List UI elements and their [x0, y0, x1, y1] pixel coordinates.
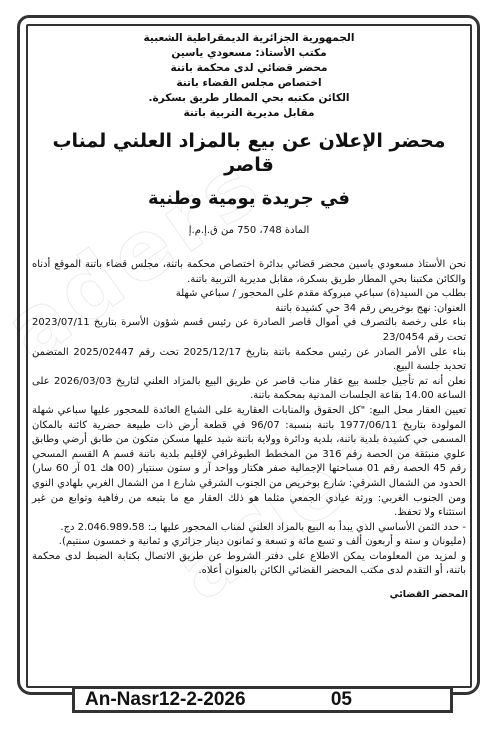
body-paragraph: تعيين العقار محل البيع: "كل الحقوق والمن… [32, 404, 466, 521]
body-paragraph: (مليونان و ستة و أربعون ألف و تسع مائة و… [32, 535, 466, 550]
body-paragraph: و لمزيد من المعلومات يمكن الاطلاع على دف… [32, 550, 466, 579]
body-paragraph: بناء على الأمر الصادر عن رئيس محكمة باتن… [32, 346, 466, 375]
notice-body: نحن الأستاذ مسعودي ياسين محضر قضائي بدائ… [30, 258, 468, 579]
signature: المحضر القضائي [30, 589, 468, 600]
header-line: محضر قضائي لدى محكمة باتنة [30, 61, 468, 76]
publication-date: An-Nasr12-2-2026 [85, 689, 246, 711]
notice-title: محضر الإعلان عن بيع بالمزاد العلني لمناب… [30, 129, 468, 177]
header-line: اختصاص مجلس القضاء باتنة [30, 76, 468, 91]
office-header: الجمهورية الجزائرية الديمقراطية الشعبية … [30, 31, 468, 121]
body-paragraph: العنوان: نهج بوخريص رقم 34 حي كشيدة باتن… [32, 302, 466, 317]
page-number: 05 [331, 689, 352, 711]
header-line: الجمهورية الجزائرية الديمقراطية الشعبية [30, 31, 468, 46]
notice-content: الجمهورية الجزائرية الديمقراطية الشعبية … [30, 28, 468, 600]
header-line: مكتب الأستاذ: مسعودي ياسين [30, 46, 468, 61]
body-paragraph: نعلن أنه تم تأجيل جلسة بيع عقار مناب قاص… [32, 375, 466, 404]
body-paragraph: - حدد الثمن الأساسي الذي يبدأ به البيع ب… [32, 521, 466, 536]
newspaper-footer: An-Nasr12-2-2026 05 [72, 686, 453, 713]
body-paragraph: بناء على رخصة بالتصرف في أموال قاصر الصا… [32, 316, 466, 345]
notice-subtitle: في جريدة يومية وطنية [30, 187, 468, 211]
header-line: مقابل مديرية التربية باتنة [30, 106, 468, 121]
body-paragraph: نحن الأستاذ مسعودي ياسين محضر قضائي بدائ… [32, 258, 466, 287]
header-line: الكائن مكتبه بحي المطار طريق بسكرة. [30, 91, 468, 106]
legal-article-reference: المادة 748، 750 من ق.إ.م.إ [30, 225, 468, 236]
body-paragraph: بطلب من السيد(ة) سباعي مبروكة مقدم على ا… [32, 287, 466, 302]
